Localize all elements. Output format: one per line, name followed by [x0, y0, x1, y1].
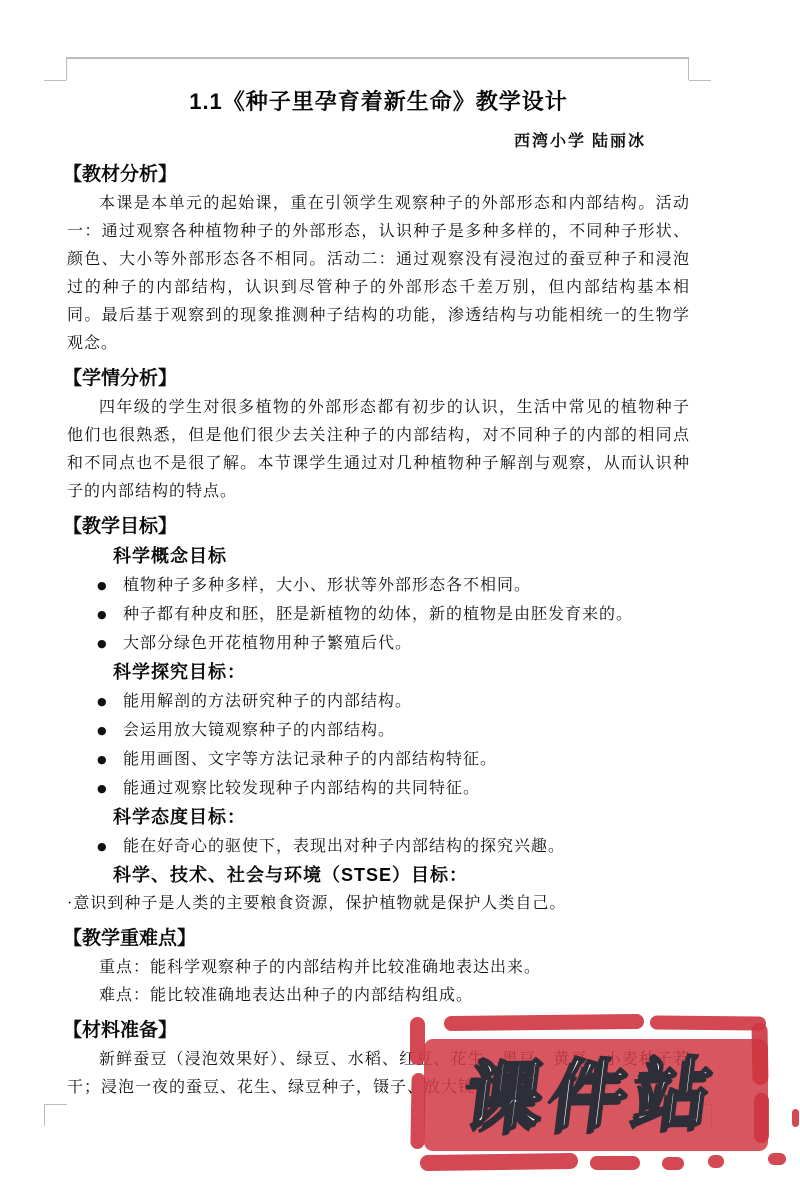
boundary-mark-top-right-tick: [689, 80, 711, 81]
list-item: ● 能用解剖的方法研究种子的内部结构。: [67, 687, 690, 716]
list-item: ● 能用画图、文字等方法记录种子的内部结构特征。: [67, 745, 690, 774]
list-item-text: 大部分绿色开花植物用种子繁殖后代。: [123, 629, 690, 658]
section-heading-material-analysis: 【教材分析】: [63, 160, 690, 190]
list-item: ● 大部分绿色开花植物用种子繁殖后代。: [67, 629, 690, 658]
list-item: ● 能在好奇心的驱使下，表现出对种子内部结构的探究兴趣。: [67, 832, 690, 861]
material-analysis-paragraph: 本课是本单元的起始课，重在引领学生观察种子的外部形态和内部结构。活动一：通过观察…: [67, 190, 690, 358]
subheading-science-attitude-goals: 科学态度目标：: [67, 803, 690, 832]
list-item: ● 植物种子多种多样，大小、形状等外部形态各不相同。: [67, 571, 690, 600]
boundary-mark-top-right-vertical: [688, 57, 689, 80]
boundary-mark-top-left-tick: [44, 80, 66, 81]
list-item-text: 能在好奇心的驱使下，表现出对种子内部结构的探究兴趣。: [123, 832, 690, 861]
boundary-mark-bottom-left-vertical: [44, 1104, 45, 1126]
section-heading-materials: 【材料准备】: [63, 1016, 690, 1046]
key-point-difficulty: 难点：能比较准确地表达出种子的内部结构组成。: [67, 982, 690, 1010]
bullet-icon: ●: [67, 832, 123, 861]
subheading-science-inquiry-goals: 科学探究目标：: [67, 658, 690, 687]
bullet-icon: ●: [67, 571, 123, 600]
bullet-icon: ●: [67, 600, 123, 629]
list-item-text: 能通过观察比较发现种子内部结构的共同特征。: [123, 774, 690, 803]
list-item: ● 种子都有种皮和胚，胚是新植物的幼体，新的植物是由胚发育来的。: [67, 600, 690, 629]
boundary-mark-bottom-right-vertical: [711, 1104, 712, 1126]
boundary-mark-top-left-vertical: [66, 57, 67, 80]
section-heading-learner-analysis: 【学情分析】: [63, 364, 690, 394]
subheading-stse-goals: 科学、技术、社会与环境（STSE）目标：: [67, 861, 690, 890]
boundary-mark-bottom-left-tick: [44, 1104, 67, 1105]
key-point-focus: 重点：能科学观察种子的内部结构并比较准确地表达出来。: [67, 954, 690, 982]
boundary-mark-bottom-right-tick: [689, 1104, 712, 1105]
author-line: 西湾小学 陆丽冰: [67, 130, 690, 154]
bullet-icon: ●: [67, 716, 123, 745]
subheading-science-concept-goals: 科学概念目标: [67, 542, 690, 571]
document-page: 1.1《种子里孕育着新生命》教学设计 西湾小学 陆丽冰 【教材分析】 本课是本单…: [0, 0, 800, 1200]
list-item-text: 能用画图、文字等方法记录种子的内部结构特征。: [123, 745, 690, 774]
list-item-text: 会运用放大镜观察种子的内部结构。: [123, 716, 690, 745]
list-item: ● 能通过观察比较发现种子内部结构的共同特征。: [67, 774, 690, 803]
section-heading-teaching-goals: 【教学目标】: [63, 512, 690, 542]
bullet-icon: ●: [67, 745, 123, 774]
list-item-text: 植物种子多种多样，大小、形状等外部形态各不相同。: [123, 571, 690, 600]
bullet-icon: ●: [67, 629, 123, 658]
page-title: 1.1《种子里孕育着新生命》教学设计: [67, 84, 690, 120]
materials-paragraph: 新鲜蚕豆（浸泡效果好）、绿豆、水稻、红豆、花生、黑豆、黄豆、小麦种子若干；浸泡一…: [67, 1046, 690, 1102]
list-item-text: 能用解剖的方法研究种子的内部结构。: [123, 687, 690, 716]
page-top-rule: [66, 57, 689, 59]
list-item-text: 种子都有种皮和胚，胚是新植物的幼体，新的植物是由胚发育来的。: [123, 600, 690, 629]
stse-goal-text: ·意识到种子是人类的主要粮食资源，保护植物就是保护人类自己。: [67, 890, 690, 918]
section-heading-key-points: 【教学重难点】: [63, 924, 690, 954]
bullet-icon: ●: [67, 774, 123, 803]
text-area: 1.1《种子里孕育着新生命》教学设计 西湾小学 陆丽冰 【教材分析】 本课是本单…: [67, 80, 690, 1102]
bullet-icon: ●: [67, 687, 123, 716]
learner-analysis-paragraph: 四年级的学生对很多植物的外部形态都有初步的认识，生活中常见的植物种子他们也很熟悉…: [67, 394, 690, 506]
list-item: ● 会运用放大镜观察种子的内部结构。: [67, 716, 690, 745]
